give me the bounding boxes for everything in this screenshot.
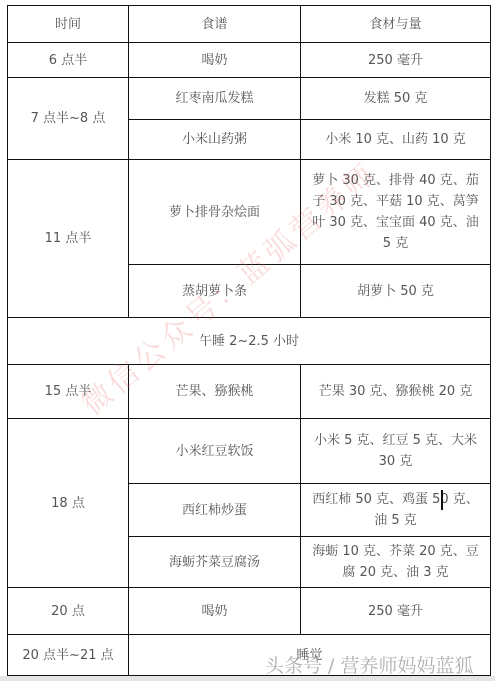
meal-schedule-table: 时间 食谱 食材与量 6 点半 喝奶 250 毫升 7 点半~8 点 红枣南瓜发… [7,5,491,676]
amount-cell: 胡萝卜 50 克 [301,265,491,318]
amount-cell: 西红柿 50 克、鸡蛋 50 克、油 5 克 [301,484,491,537]
header-recipe: 食谱 [129,6,301,43]
amount-cell: 250 毫升 [301,43,491,78]
recipe-cell: 小米红豆软饭 [129,419,301,484]
bottom-bar [0,676,495,681]
time-cell: 20 点 [8,588,129,635]
amount-cell: 海蛎 10 克、芥菜 20 克、豆腐 20 克、油 3 克 [301,537,491,588]
amount-cell: 小米 5 克、红豆 5 克、大米 30 克 [301,419,491,484]
table-row: 7 点半~8 点 红枣南瓜发糕 发糕 50 克 [8,78,491,120]
amount-cell: 250 毫升 [301,588,491,635]
document-page: 时间 食谱 食材与量 6 点半 喝奶 250 毫升 7 点半~8 点 红枣南瓜发… [0,0,495,681]
time-cell: 18 点 [8,419,129,588]
recipe-cell: 红枣南瓜发糕 [129,78,301,120]
recipe-cell: 芒果、猕猴桃 [129,365,301,419]
text-cursor [441,490,443,510]
nap-note: 午睡 2~2.5 小时 [8,318,491,365]
recipe-cell: 喝奶 [129,43,301,78]
header-time: 时间 [8,6,129,43]
table-row: 20 点 喝奶 250 毫升 [8,588,491,635]
recipe-cell: 蒸胡萝卜条 [129,265,301,318]
nap-row: 午睡 2~2.5 小时 [8,318,491,365]
recipe-cell: 小米山药粥 [129,120,301,160]
recipe-cell: 喝奶 [129,588,301,635]
table-row: 6 点半 喝奶 250 毫升 [8,43,491,78]
time-cell: 15 点半 [8,365,129,419]
table-row: 15 点半 芒果、猕猴桃 芒果 30 克、猕猴桃 20 克 [8,365,491,419]
time-cell: 6 点半 [8,43,129,78]
time-cell: 11 点半 [8,160,129,318]
amount-cell: 发糕 50 克 [301,78,491,120]
table-row: 18 点 小米红豆软饭 小米 5 克、红豆 5 克、大米 30 克 [8,419,491,484]
amount-cell: 小米 10 克、山药 10 克 [301,120,491,160]
recipe-cell: 海蛎芥菜豆腐汤 [129,537,301,588]
header-amount: 食材与量 [301,6,491,43]
time-cell: 20 点半~21 点 [8,635,129,676]
recipe-cell: 西红柿炒蛋 [129,484,301,537]
amount-cell: 萝卜 30 克、排骨 40 克、茄子 30 克、平菇 10 克、莴笋叶 30 克… [301,160,491,265]
sleep-note: 睡觉 [129,635,491,676]
amount-cell: 芒果 30 克、猕猴桃 20 克 [301,365,491,419]
time-cell: 7 点半~8 点 [8,78,129,160]
recipe-cell: 萝卜排骨杂烩面 [129,160,301,265]
table-header-row: 时间 食谱 食材与量 [8,6,491,43]
table-row: 11 点半 萝卜排骨杂烩面 萝卜 30 克、排骨 40 克、茄子 30 克、平菇… [8,160,491,265]
table-row: 20 点半~21 点 睡觉 [8,635,491,676]
